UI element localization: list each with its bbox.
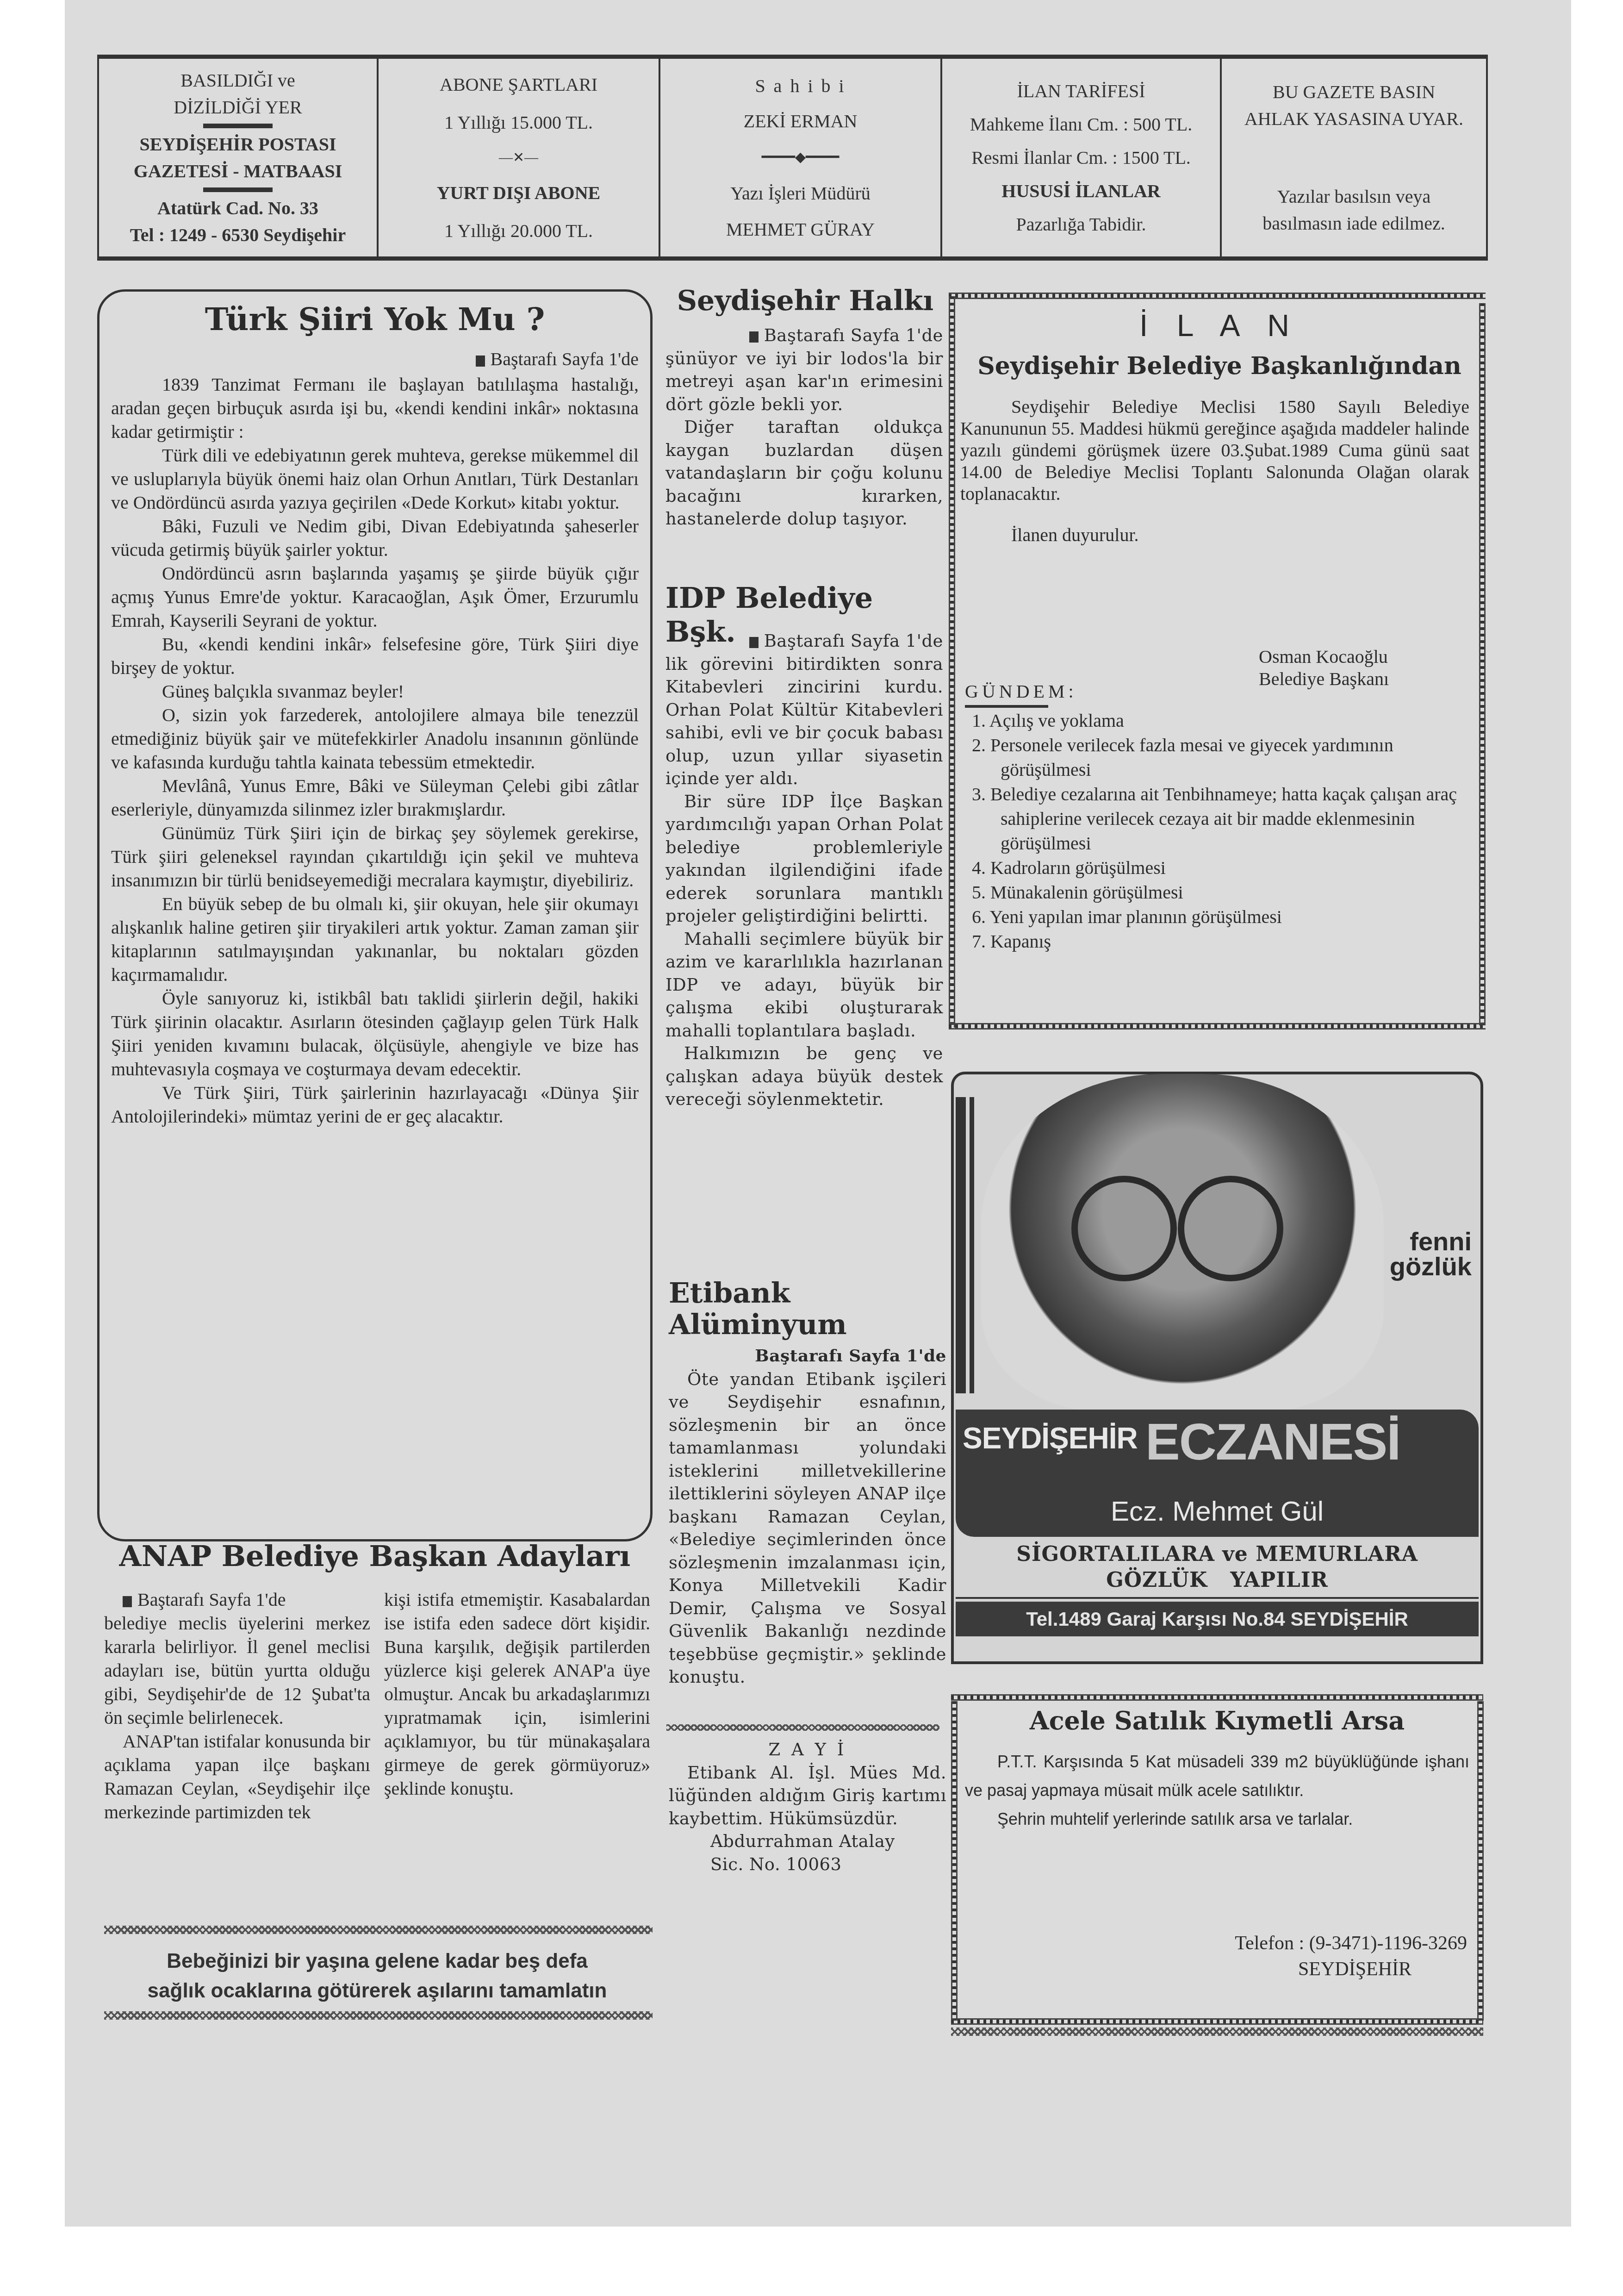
paragraph: lik görevini bitirdikten sonra Kitabevle… <box>665 653 943 790</box>
tagline-line: gözlük <box>1379 1254 1472 1279</box>
ethics-line-2: AHLAK YASASINA UYAR. <box>1244 106 1463 132</box>
subscription-title: ABONE ŞARTLARI <box>440 71 597 98</box>
paragraph: Bir süre IDP İlçe Başkan yardımcılığı ya… <box>665 790 943 928</box>
anap-continued: Baştarafı Sayfa 1'de <box>104 1588 370 1611</box>
decorative-stripe <box>956 1097 966 1393</box>
notice-announce: İlanen duyurulur. <box>960 524 1469 546</box>
square-bullet-icon <box>749 637 759 648</box>
ethics-info: BU GAZETE BASIN AHLAK YASASINA UYAR. Yaz… <box>1222 59 1486 256</box>
ad-rate-private-title: HUSUSİ İLANLAR <box>1001 178 1160 205</box>
chain-border-top <box>949 293 1486 299</box>
paragraph: P.T.T. Karşısında 5 Kat müsadeli 339 m2 … <box>965 1747 1469 1805</box>
land-ad-body: P.T.T. Karşısında 5 Kat müsadeli 339 m2 … <box>965 1747 1469 1834</box>
land-ad-phone: Telefon : (9-3471)-1196-3269 <box>1041 1930 1467 1956</box>
rope-divider <box>666 1724 939 1731</box>
divider <box>203 124 273 128</box>
printer-label: BASILDIĞI ve <box>180 67 295 94</box>
agenda-item: 7. Kapanış <box>972 929 1472 954</box>
printer-label-2: DİZİLDİĞİ YER <box>174 94 302 121</box>
paragraph: Ondördüncü asrın başlarında yaşamış şe ş… <box>111 562 639 632</box>
continued-label: Baştarafı Sayfa 1'de <box>669 1345 946 1368</box>
paragraph: Mevlânâ, Yunus Emre, Bâki ve Süleyman Çe… <box>111 774 639 821</box>
owner-info: S a h i b i ZEKİ ERMAN ━━━━◆━━━━ Yazı İş… <box>660 59 942 256</box>
zayi-text: Etibank Al. İşl. Mües Md. lüğünden aldığ… <box>669 1761 946 1830</box>
continued-label: Baştarafı Sayfa 1'de <box>764 325 943 345</box>
square-bullet-icon <box>749 331 759 343</box>
halk-article-title: Seydişehir Halkı <box>662 285 949 317</box>
subscription-abroad: 1 Yıllığı 20.000 TL. <box>444 218 593 244</box>
idp-article-body: Baştarafı Sayfa 1'de lik görevini bitird… <box>665 630 943 1111</box>
paragraph: En büyük sebep de bu olmalı ki, şiir oku… <box>111 892 639 986</box>
paragraph: Güneş balçıkla sıvanmaz beyler! <box>111 680 639 703</box>
ornamental-border <box>951 2028 1483 2036</box>
zayi-title: Z A Y İ <box>669 1738 946 1761</box>
chain-border-left <box>951 1701 958 2021</box>
continued-label: Baştarafı Sayfa 1'de <box>764 631 943 651</box>
agenda-item: 1. Açılış ve yoklama <box>972 708 1472 733</box>
offer-line: SİGORTALILARA ve MEMURLARA <box>956 1541 1479 1567</box>
printer-phone: Tel : 1249 - 6530 Seydişehir <box>130 222 346 249</box>
anap-article-title: ANAP Belediye Başkan Adayları <box>111 1539 639 1573</box>
ethics-note-2: basılmasın iade edilmez. <box>1262 210 1445 237</box>
paragraph: Öte yandan Etibank işçileri ve Seydişehi… <box>669 1368 946 1689</box>
chain-border-bottom <box>951 2018 1483 2025</box>
ad-rate-court: Mahkeme İlanı Cm. : 500 TL. <box>970 111 1192 138</box>
anap-article-col1: Baştarafı Sayfa 1'de belediye meclis üye… <box>104 1588 370 1824</box>
tagline-line: fenni <box>1379 1229 1472 1254</box>
glasses-lens-icon <box>1178 1176 1283 1281</box>
anap-article-col2: kişi istifa etmemiştir. Kasabalardan ise… <box>384 1588 650 1800</box>
printer-address: Atatürk Cad. No. 33 <box>157 195 318 222</box>
health-notice-line: Bebeğinizi bir yaşına gelene kadar beş d… <box>99 1947 655 1976</box>
printer-info: BASILDIĞI ve DİZİLDİĞİ YER SEYDİŞEHİR PO… <box>99 59 379 256</box>
land-ad-contact: Telefon : (9-3471)-1196-3269 SEYDİŞEHİR <box>1041 1930 1467 1982</box>
paragraph: ANAP'tan istifalar konusunda bir açıklam… <box>104 1729 370 1824</box>
printer-name-2: GAZETESİ - MATBAASI <box>134 158 342 185</box>
owner-label: S a h i b i <box>755 73 846 100</box>
paragraph: Mahalli seçimlere büyük bir azim ve kara… <box>665 928 943 1042</box>
halk-continued: Baştarafı Sayfa 1'de <box>665 324 943 347</box>
divider <box>203 187 273 192</box>
masthead-info-bar: BASILDIĞI ve DİZİLDİĞİ YER SEYDİŞEHİR PO… <box>97 55 1488 261</box>
title-line: Alüminyum <box>669 1309 946 1341</box>
continued-label: Baştarafı Sayfa 1'de <box>491 349 639 369</box>
paragraph: O, sizin yok farzederek, antolojilere al… <box>111 703 639 774</box>
zayi-registration: Sic. No. 10063 <box>669 1853 946 1876</box>
ornament-divider: ━━━━◆━━━━ <box>762 144 839 171</box>
chain-border-right <box>1479 303 1486 1025</box>
ornament-divider: —✕— <box>499 144 538 171</box>
pharmacy-contact: Tel.1489 Garaj Karşısı No.84 SEYDİŞEHİR <box>956 1602 1479 1636</box>
ad-rates-info: İLAN TARİFESİ Mahkeme İlanı Cm. : 500 TL… <box>942 59 1222 256</box>
square-bullet-icon <box>123 1596 132 1607</box>
land-ad-title: Acele Satılık Kıymetli Arsa <box>963 1706 1472 1735</box>
chain-border-left <box>949 296 955 1028</box>
pharmacy-brand-word: ECZANESİ <box>1145 1412 1400 1472</box>
notice-signature: Osman Kocaoğlu Belediye Başkanı <box>1259 646 1389 690</box>
paragraph: Halkımızın be genç ve çalışkan adaya büy… <box>665 1042 943 1111</box>
idp-continued: Baştarafı Sayfa 1'de <box>665 630 943 653</box>
continued-label: Baştarafı Sayfa 1'de <box>137 1589 286 1610</box>
ornamental-border <box>104 1926 653 1934</box>
halk-article-body: Baştarafı Sayfa 1'de şünüyor ve iyi bir … <box>665 324 943 530</box>
poetry-article-title: Türk Şiiri Yok Mu ? <box>97 301 653 338</box>
paragraph: belediye meclis üyelerini merkez kararla… <box>104 1611 370 1729</box>
editor-label: Yazı İşleri Müdürü <box>730 180 871 207</box>
title-line: Etibank <box>669 1278 946 1309</box>
ad-rates-title: İLAN TARİFESİ <box>1017 78 1145 105</box>
printer-name: SEYDİŞEHİR POSTASI <box>140 131 336 158</box>
divider <box>956 1597 1479 1599</box>
decorative-stripe <box>970 1097 974 1393</box>
agenda-label: GÜNDEM: <box>965 680 1048 708</box>
subscription-domestic: 1 Yıllığı 15.000 TL. <box>444 109 593 136</box>
ethics-note: Yazılar basılsın veya <box>1277 183 1430 210</box>
paragraph: Türk dili ve edebiyatının gerek muhteva,… <box>111 443 639 514</box>
subscription-info: ABONE ŞARTLARI 1 Yıllığı 15.000 TL. —✕— … <box>379 59 660 256</box>
editor-name: MEHMET GÜRAY <box>726 216 875 243</box>
owner-name: ZEKİ ERMAN <box>744 108 858 135</box>
paragraph: şünüyor ve iyi bir lodos'la bir metreyi … <box>665 347 943 416</box>
chain-border-right <box>1477 1701 1484 2021</box>
subscription-abroad-title: YURT DIŞI ABONE <box>437 180 601 206</box>
signer-name: Osman Kocaoğlu <box>1259 646 1389 668</box>
health-notice: Bebeğinizi bir yaşına gelene kadar beş d… <box>99 1947 655 2006</box>
agenda-item: 6. Yeni yapılan imar planının görüşülmes… <box>972 905 1472 929</box>
paragraph: 1839 Tanzimat Fermanı ile başlayan batıl… <box>111 373 639 443</box>
chain-border-bottom <box>949 1023 1486 1029</box>
paragraph: Seydişehir Belediye Meclisi 1580 Sayılı … <box>960 396 1469 505</box>
poetry-continued: Baştarafı Sayfa 1'de <box>111 347 639 371</box>
ad-rate-official: Resmi İlanlar Cm. : 1500 TL. <box>971 144 1191 171</box>
paragraph: Ve Türk Şiiri, Türk şairlerinin hazırlay… <box>111 1081 639 1128</box>
ethics-line: BU GAZETE BASIN <box>1273 79 1435 106</box>
paragraph: Öyle sanıyoruz ki, istikbâl batı taklidi… <box>111 986 639 1081</box>
land-ad-city: SEYDİŞEHİR <box>1041 1956 1467 1982</box>
glasses-lens-icon <box>1071 1176 1177 1281</box>
pharmacy-offer: SİGORTALILARA ve MEMURLARA GÖZLÜK YAPILI… <box>956 1541 1479 1593</box>
pharmacist-name: Ecz. Mehmet Gül <box>956 1495 1479 1527</box>
paragraph: Bâki, Fuzuli ve Nedim gibi, Divan Edebiy… <box>111 514 639 562</box>
ornamental-border <box>104 2011 653 2020</box>
poetry-article-body: 1839 Tanzimat Fermanı ile başlayan batıl… <box>111 373 639 1128</box>
square-bullet-icon <box>476 356 485 367</box>
notice-kicker: İ L A N <box>963 308 1476 343</box>
paragraph: Günümüz Türk Şiiri için de birkaç şey sö… <box>111 821 639 892</box>
agenda-item: 2. Personele verilecek fazla mesai ve gi… <box>972 733 1472 782</box>
agenda-item: 4. Kadroların görüşülmesi <box>972 855 1472 880</box>
paragraph: Diğer taraftan oldukça kaygan buzlardan … <box>665 416 943 530</box>
signer-title: Belediye Başkanı <box>1259 668 1389 690</box>
notice-body: Seydişehir Belediye Meclisi 1580 Sayılı … <box>960 396 1469 546</box>
paragraph: Şehrin muhtelif yerlerinde satılık arsa … <box>965 1805 1469 1834</box>
agenda-item: 3. Belediye cezalarına ait Tenbihnameye;… <box>972 782 1472 855</box>
notice-title: Seydişehir Belediye Başkanlığından <box>958 352 1481 380</box>
chain-border-top <box>951 1694 1483 1701</box>
paragraph: Bu, «kendi kendini inkâr» felsefesine gö… <box>111 632 639 680</box>
zayi-notice: Z A Y İ Etibank Al. İşl. Mües Md. lüğünd… <box>669 1738 946 1876</box>
etibank-article-title: Etibank Alüminyum <box>669 1278 946 1341</box>
health-notice-line: sağlık ocaklarına götürerek aşılarını ta… <box>99 1976 655 2006</box>
pharmacy-brand-name: SEYDİŞEHİR <box>963 1421 1138 1455</box>
agenda-list: 1. Açılış ve yoklama 2. Personele verile… <box>972 708 1472 954</box>
agenda-item: 5. Münakalenin görüşülmesi <box>972 880 1472 905</box>
pharmacy-tagline: fenni gözlük <box>1379 1229 1472 1279</box>
etibank-article-body: Baştarafı Sayfa 1'de Öte yandan Etibank … <box>669 1345 946 1689</box>
paragraph: kişi istifa etmemiştir. Kasabalardan ise… <box>384 1588 650 1800</box>
offer-line: GÖZLÜK YAPILIR <box>956 1567 1479 1593</box>
ad-rate-private: Pazarlığa Tabidir. <box>1016 211 1146 238</box>
zayi-name: Abdurrahman Atalay <box>669 1830 946 1853</box>
